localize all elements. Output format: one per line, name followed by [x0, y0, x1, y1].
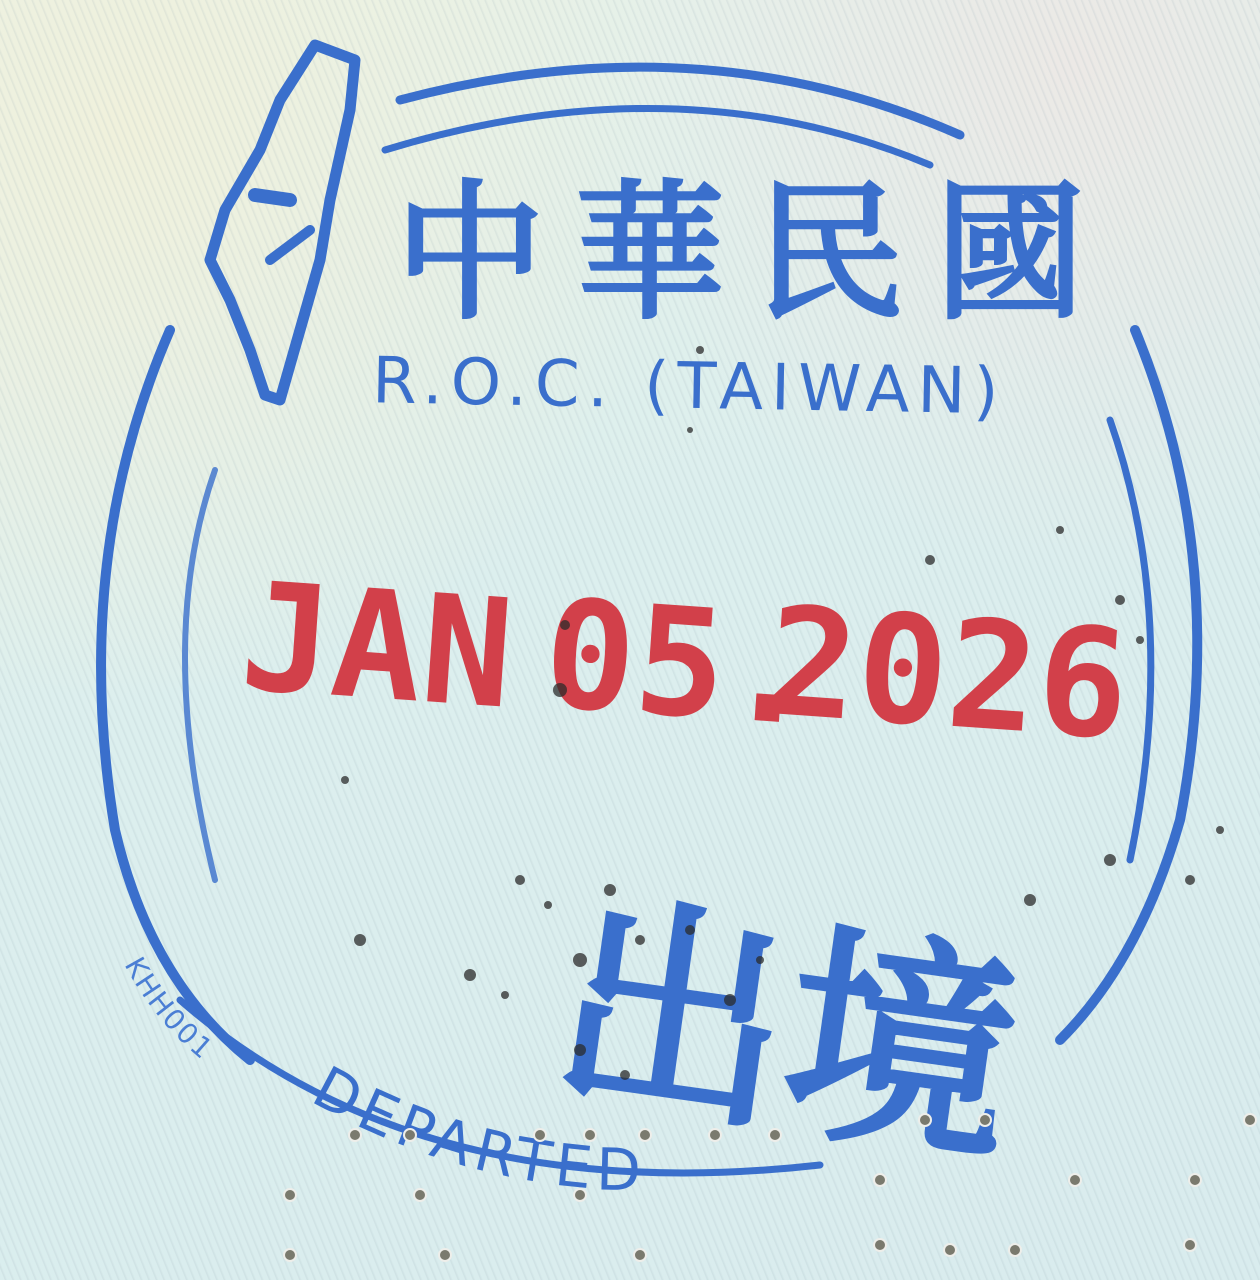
country-name-chinese: 中華民國 [395, 165, 1115, 341]
passport-stamp: 中華民國 R.O.C. (TAIWAN) JAN 05. 2026 出境 DEP… [0, 0, 1260, 1280]
country-name-english: R.O.C. (TAIWAN) [372, 344, 1007, 429]
date-month: JAN [236, 550, 518, 742]
taiwan-island-icon [210, 45, 355, 400]
date-year: 2026 [761, 575, 1133, 774]
stamp-date: JAN 05. 2026 [236, 550, 1134, 773]
